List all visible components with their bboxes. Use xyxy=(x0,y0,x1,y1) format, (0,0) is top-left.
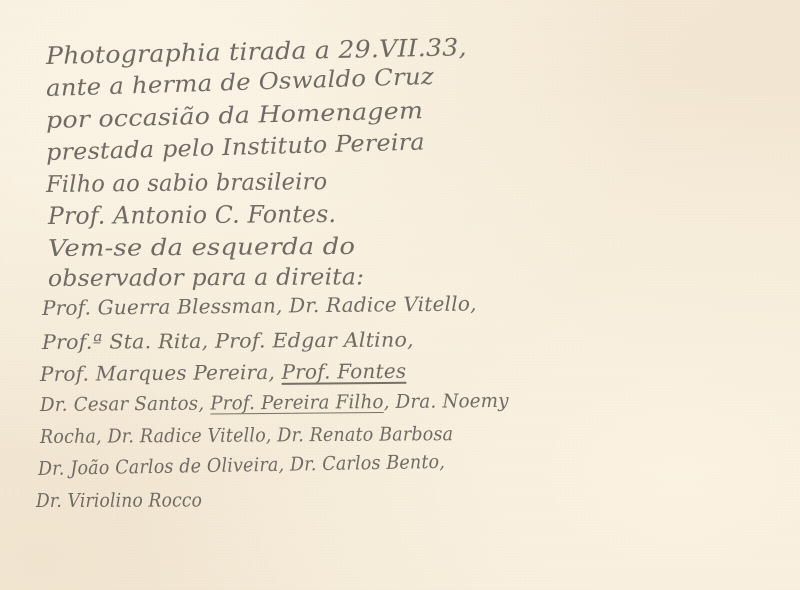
text-line-2: ante a herma de Oswaldo Cruz xyxy=(46,64,435,102)
line-text: observador para a direita: xyxy=(48,264,364,292)
line-text: Rocha, Dr. Radice Vitello, Dr. Renato Ba… xyxy=(40,423,453,448)
text-line-10: Prof.ª Sta. Rita, Prof. Edgar Altino, xyxy=(42,327,414,354)
text-line-4: prestada pelo Instituto Pereira xyxy=(46,129,426,166)
line-text: por occasião da Homenagem xyxy=(46,98,424,134)
text-line-3: por occasião da Homenagem xyxy=(46,98,424,134)
document-page: Photographia tirada a 29.VII.33, ante a … xyxy=(0,0,800,590)
text-line-6: Prof. Antonio C. Fontes. xyxy=(48,200,336,230)
line-text: Filho ao sabio brasileiro xyxy=(46,169,328,198)
text-line-11: Prof. Marques Pereira, Prof. Fontes xyxy=(40,359,406,386)
line-text: Dr. João Carlos de Oliveira, Dr. Carlos … xyxy=(38,451,445,480)
line-text: Prof. Marques Pereira, xyxy=(40,360,282,386)
line-text: Prof. Guerra Blessman, Dr. Radice Vitell… xyxy=(42,291,477,320)
line-text: Prof.ª Sta. Rita, Prof. Edgar Altino, xyxy=(42,327,414,354)
text-line-14: Dr. João Carlos de Oliveira, Dr. Carlos … xyxy=(38,451,445,480)
line-text: ante a herma de Oswaldo Cruz xyxy=(46,64,435,102)
text-line-12: Dr. Cesar Santos, Prof. Pereira Filho, D… xyxy=(40,390,509,416)
line-text: Vem-se da esquerda do xyxy=(48,234,355,262)
underlined-name: Prof. Pereira Filho xyxy=(210,391,384,415)
text-line-9: Prof. Guerra Blessman, Dr. Radice Vitell… xyxy=(42,291,477,320)
text-line-5: Filho ao sabio brasileiro xyxy=(46,169,328,198)
text-line-8: observador para a direita: xyxy=(48,264,364,292)
line-text: prestada pelo Instituto Pereira xyxy=(46,129,426,166)
text-line-13: Rocha, Dr. Radice Vitello, Dr. Renato Ba… xyxy=(40,423,453,448)
line-text: Dr. Viriolino Rocco xyxy=(36,489,202,512)
text-line-15: Dr. Viriolino Rocco xyxy=(36,489,202,512)
line-text: Dr. Cesar Santos, xyxy=(40,393,210,416)
text-line-7: Vem-se da esquerda do xyxy=(48,234,355,262)
line-text-tail: , Dra. Noemy xyxy=(384,390,509,413)
underlined-name: Prof. Fontes xyxy=(281,359,406,384)
line-text: Prof. Antonio C. Fontes. xyxy=(48,200,336,230)
